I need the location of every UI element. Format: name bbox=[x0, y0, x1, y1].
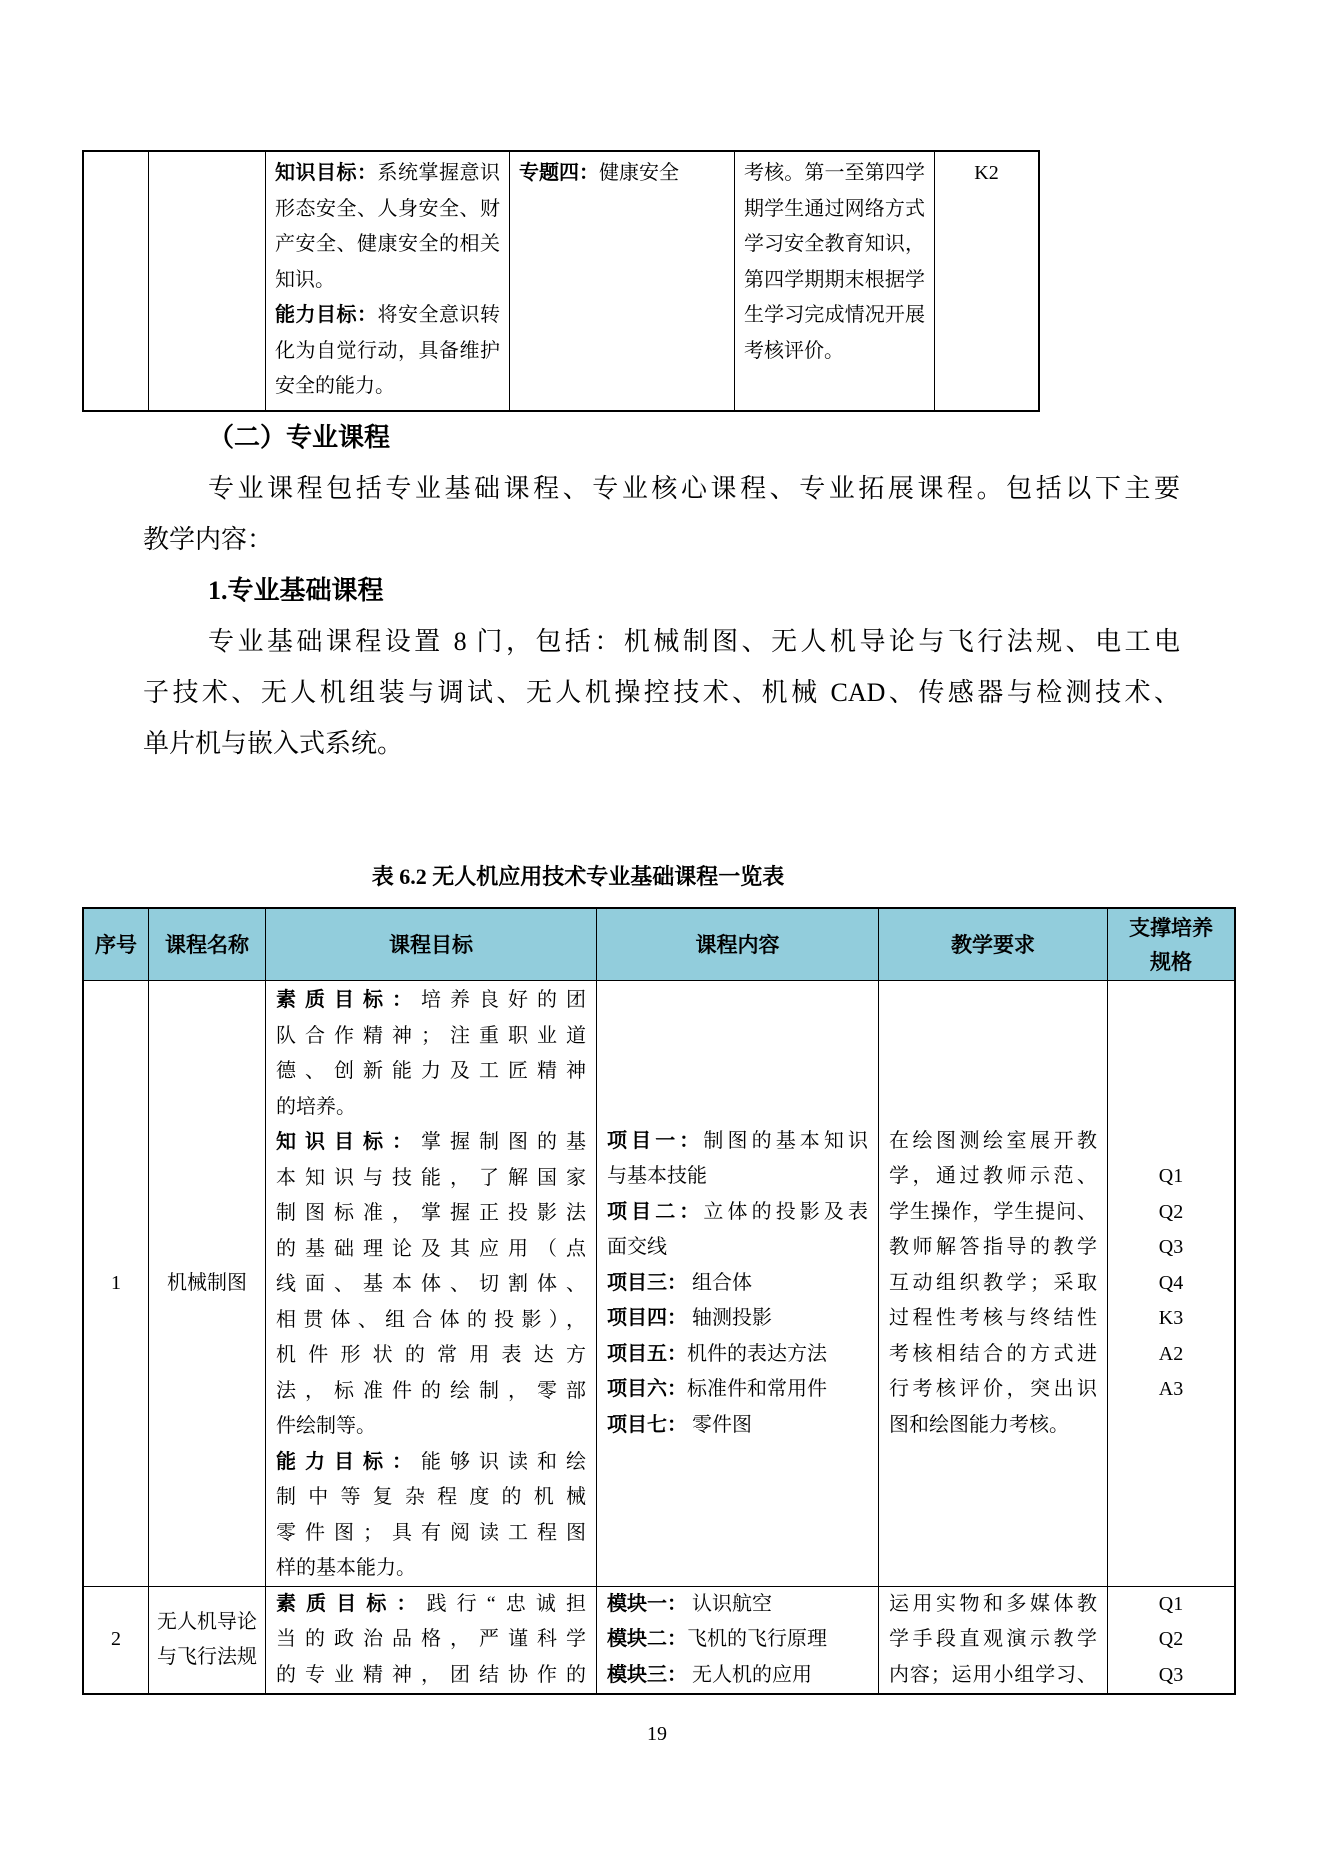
text-line: 产安全、健康安全的相关 bbox=[275, 227, 500, 263]
text-line: 零件图；具有阅读工程图 bbox=[276, 1516, 586, 1552]
text-line: 项目六：标准件和常用件 bbox=[607, 1372, 868, 1408]
text-line: 形态安全、人身安全、财 bbox=[275, 192, 500, 228]
header-spec-line: 支撑培养 bbox=[1129, 911, 1213, 945]
text-line: 教师解答指导的教学 bbox=[889, 1230, 1097, 1266]
text-line: 能力目标：能够识读和绘 bbox=[276, 1445, 586, 1481]
cell-course-name: 无人机导论 与飞行法规 bbox=[148, 1586, 265, 1693]
text-line: 期学生通过网络方式 bbox=[744, 192, 925, 228]
text-line: 素质目标：培养良好的团 bbox=[276, 983, 586, 1019]
cell-empty-name bbox=[148, 152, 265, 410]
body-text: （二）专业课程 专业课程包括专业基础课程、专业核心课程、专业拓展课程。包括以下主… bbox=[143, 412, 1180, 769]
header-name: 课程名称 bbox=[148, 909, 265, 980]
item-label: 项目三： bbox=[607, 1272, 687, 1294]
spec-value: Q4 bbox=[1108, 1266, 1234, 1302]
line-text: 无人机的应用 bbox=[687, 1664, 812, 1686]
text-line: 制中等复杂程度的机械 bbox=[276, 1480, 586, 1516]
text-line: 考核相结合的方式进 bbox=[889, 1337, 1097, 1373]
course-name-line: 与飞行法规 bbox=[149, 1640, 265, 1676]
text-line: 模块一： 认识航空 bbox=[607, 1587, 868, 1623]
text-line: 行考核评价，突出识 bbox=[889, 1372, 1097, 1408]
subsection-heading: 1.专业基础课程 bbox=[143, 565, 1180, 616]
item-label: 项目四： bbox=[607, 1307, 687, 1329]
topic-label: 专题四： bbox=[519, 162, 599, 184]
paragraph-line: 专业基础课程设置 8 门，包括：机械制图、无人机导论与飞行法规、电工电 bbox=[143, 616, 1180, 667]
text-line: 化为自觉行动，具备维护 bbox=[275, 334, 500, 370]
header-spec-line: 规格 bbox=[1150, 945, 1192, 979]
document-page: 知识目标：系统掌握意识 形态安全、人身安全、财 产安全、健康安全的相关 知识。 … bbox=[0, 0, 1323, 1871]
spec-value: Q1 bbox=[1108, 1587, 1234, 1623]
course-name-line: 无人机导论 bbox=[149, 1605, 265, 1641]
text-line: 模块三： 无人机的应用 bbox=[607, 1658, 868, 1693]
spec-value: Q2 bbox=[1108, 1622, 1234, 1658]
item-label: 模块一： bbox=[607, 1593, 687, 1615]
line-text: 制图的基本知识 bbox=[703, 1130, 868, 1152]
line-text: 立体的投影及表 bbox=[703, 1201, 868, 1223]
text-line: 安全的能力。 bbox=[275, 369, 500, 405]
text-line: 法，标准件的绘制，零部 bbox=[276, 1374, 586, 1410]
cell-course-content: 项目一：制图的基本知识 与基本技能 项目二：立体的投影及表 面交线 项目三： 组… bbox=[596, 980, 878, 1586]
item-label: 项目一： bbox=[607, 1130, 703, 1152]
text-line: 项目七： 零件图 bbox=[607, 1408, 868, 1444]
cell-specs: Q1 Q2 Q3 Q4 K3 A2 A3 bbox=[1107, 980, 1234, 1586]
item-label: 项目二： bbox=[607, 1201, 703, 1223]
spec-value: Q2 bbox=[1108, 1195, 1234, 1231]
line-text: 将安全意识转 bbox=[378, 304, 501, 326]
text-line: 模块二：飞机的飞行原理 bbox=[607, 1622, 868, 1658]
text-line: 项目二：立体的投影及表 bbox=[607, 1195, 868, 1231]
spec-value: Q3 bbox=[1108, 1230, 1234, 1266]
text-line: 运用实物和多媒体教 bbox=[889, 1587, 1097, 1623]
text-line: 项目三： 组合体 bbox=[607, 1266, 868, 1302]
paragraph-line: 教学内容： bbox=[143, 514, 1180, 565]
line-text: 标准件和常用件 bbox=[687, 1378, 827, 1400]
text-line: 第四学期期末根据学 bbox=[744, 263, 925, 299]
goal-label: 能力目标： bbox=[276, 1451, 421, 1473]
item-label: 项目七： bbox=[607, 1414, 687, 1436]
goal-label: 知识目标： bbox=[276, 1131, 421, 1153]
text-line: 面交线 bbox=[607, 1230, 868, 1266]
text-line: 的基础理论及其应用（点 bbox=[276, 1232, 586, 1268]
goal-label: 素质目标： bbox=[276, 1593, 427, 1615]
row-number: 1 bbox=[84, 1266, 148, 1302]
text-line: 本知识与技能，了解国家 bbox=[276, 1161, 586, 1197]
continuation-table: 知识目标：系统掌握意识 形态安全、人身安全、财 产安全、健康安全的相关 知识。 … bbox=[82, 150, 1040, 412]
cell-spec: K2 bbox=[934, 152, 1038, 410]
header-spec: 支撑培养 规格 bbox=[1107, 909, 1234, 980]
cell-teaching-requirement: 运用实物和多媒体教 学手段直观演示教学 内容；运用小组学习、 bbox=[878, 1586, 1107, 1693]
text-line: 与基本技能 bbox=[607, 1159, 868, 1195]
text-line: 生学习完成情况开展 bbox=[744, 298, 925, 334]
paragraph-line: 子技术、无人机组装与调试、无人机操控技术、机械 CAD、传感器与检测技术、 bbox=[143, 667, 1180, 718]
text-line: 样的基本能力。 bbox=[276, 1551, 586, 1586]
line-text: 零件图 bbox=[687, 1414, 752, 1436]
spec-value: Q3 bbox=[1108, 1658, 1234, 1693]
header-goal: 课程目标 bbox=[265, 909, 596, 980]
item-label: 模块三： bbox=[607, 1664, 687, 1686]
row-number: 2 bbox=[84, 1622, 148, 1658]
cell-row-no: 1 bbox=[84, 980, 148, 1586]
text-line: 内容；运用小组学习、 bbox=[889, 1658, 1097, 1693]
text-line: 队合作精神；注重职业道 bbox=[276, 1019, 586, 1055]
text-line: 学，通过教师示范、 bbox=[889, 1159, 1097, 1195]
line-text: 掌握制图的基 bbox=[421, 1131, 586, 1153]
line-text: 认识航空 bbox=[687, 1593, 772, 1615]
paragraph-line: 专业课程包括专业基础课程、专业核心课程、专业拓展课程。包括以下主要 bbox=[143, 463, 1180, 514]
item-label: 项目六： bbox=[607, 1378, 687, 1400]
spec-value: K2 bbox=[935, 156, 1038, 192]
cell-goals: 知识目标：系统掌握意识 形态安全、人身安全、财 产安全、健康安全的相关 知识。 … bbox=[265, 152, 509, 410]
text-line: 机件形状的常用表达方 bbox=[276, 1338, 586, 1374]
line-text: 践行“忠诚担 bbox=[427, 1593, 586, 1615]
text-line: 学手段直观演示教学 bbox=[889, 1622, 1097, 1658]
cell-course-name: 机械制图 bbox=[148, 980, 265, 1586]
text-line: 项目一：制图的基本知识 bbox=[607, 1124, 868, 1160]
page-number: 19 bbox=[82, 1722, 1232, 1746]
text-line: 考核。第一至第四学 bbox=[744, 156, 925, 192]
text-line: 的专业精神，团结协作的 bbox=[276, 1658, 586, 1693]
text-line: 项目五：机件的表达方法 bbox=[607, 1337, 868, 1373]
text-line: 能力目标：将安全意识转 bbox=[275, 298, 500, 334]
cell-teaching-requirement: 在绘图测绘室展开教 学，通过教师示范、 学生操作，学生提问、 教师解答指导的教学… bbox=[878, 980, 1107, 1586]
line-text: 组合体 bbox=[687, 1272, 752, 1294]
cell-course-goal: 素质目标：培养良好的团 队合作精神；注重职业道 德、创新能力及工匠精神 的培养。… bbox=[265, 980, 596, 1586]
item-label: 模块二： bbox=[607, 1628, 687, 1650]
spec-value: A3 bbox=[1108, 1372, 1234, 1408]
line-text: 飞机的飞行原理 bbox=[687, 1628, 827, 1650]
text-line: 素质目标：践行“忠诚担 bbox=[276, 1587, 586, 1623]
goal-label: 能力目标： bbox=[275, 304, 378, 326]
cell-course-goal: 素质目标：践行“忠诚担 当的政治品格，严谨科学 的专业精神，团结协作的 bbox=[265, 1586, 596, 1693]
text-line: 专题四：健康安全 bbox=[519, 156, 725, 192]
header-no: 序号 bbox=[84, 909, 148, 980]
text-line: 件绘制等。 bbox=[276, 1409, 586, 1445]
text-line: 知识目标：掌握制图的基 bbox=[276, 1125, 586, 1161]
text-line: 项目四： 轴测投影 bbox=[607, 1301, 868, 1337]
spec-value: Q1 bbox=[1108, 1159, 1234, 1195]
section-heading: （二）专业课程 bbox=[143, 412, 1180, 463]
line-text: 培养良好的团 bbox=[421, 989, 586, 1011]
table-title: 表 6.2 无人机应用技术专业基础课程一览表 bbox=[82, 862, 1074, 892]
text-line: 德、创新能力及工匠精神 bbox=[276, 1054, 586, 1090]
line-text: 能够识读和绘 bbox=[421, 1451, 586, 1473]
spec-value: K3 bbox=[1108, 1301, 1234, 1337]
line-text: 健康安全 bbox=[599, 162, 679, 184]
text-line: 相贯体、组合体的投影）， bbox=[276, 1303, 586, 1339]
cell-row-no: 2 bbox=[84, 1586, 148, 1693]
text-line: 过程性考核与终结性 bbox=[889, 1301, 1097, 1337]
line-text: 机件的表达方法 bbox=[687, 1343, 827, 1365]
item-label: 项目五： bbox=[607, 1343, 687, 1365]
text-line: 学生操作，学生提问、 bbox=[889, 1195, 1097, 1231]
header-content: 课程内容 bbox=[596, 909, 878, 980]
cell-course-content: 模块一： 认识航空 模块二：飞机的飞行原理 模块三： 无人机的应用 bbox=[596, 1586, 878, 1693]
text-line: 制图标准，掌握正投影法 bbox=[276, 1196, 586, 1232]
text-line: 图和绘图能力考核。 bbox=[889, 1408, 1097, 1444]
paragraph-line: 单片机与嵌入式系统。 bbox=[143, 718, 1180, 769]
text-line: 在绘图测绘室展开教 bbox=[889, 1124, 1097, 1160]
cell-specs: Q1 Q2 Q3 bbox=[1107, 1586, 1234, 1693]
spec-value: A2 bbox=[1108, 1337, 1234, 1373]
cell-topic: 专题四：健康安全 bbox=[509, 152, 734, 410]
goal-label: 知识目标： bbox=[275, 162, 378, 184]
text-line: 互动组织教学；采取 bbox=[889, 1266, 1097, 1302]
cell-requirement: 考核。第一至第四学 期学生通过网络方式 学习安全教育知识， 第四学期期末根据学 … bbox=[734, 152, 934, 410]
course-table: 序号 课程名称 课程目标 课程内容 教学要求 支撑培养 规格 1 机械制图 素质… bbox=[82, 907, 1236, 1695]
text-line: 知识。 bbox=[275, 263, 500, 299]
line-text: 轴测投影 bbox=[687, 1307, 772, 1329]
text-line: 考核评价。 bbox=[744, 334, 925, 370]
text-line: 知识目标：系统掌握意识 bbox=[275, 156, 500, 192]
text-line: 的培养。 bbox=[276, 1090, 586, 1126]
course-name-line: 机械制图 bbox=[149, 1266, 265, 1302]
header-requirement: 教学要求 bbox=[878, 909, 1107, 980]
cell-empty-no bbox=[84, 152, 148, 410]
text-line: 学习安全教育知识， bbox=[744, 227, 925, 263]
goal-label: 素质目标： bbox=[276, 989, 421, 1011]
line-text: 系统掌握意识 bbox=[378, 162, 501, 184]
text-line: 当的政治品格，严谨科学 bbox=[276, 1622, 586, 1658]
text-line: 线面、基本体、切割体、 bbox=[276, 1267, 586, 1303]
